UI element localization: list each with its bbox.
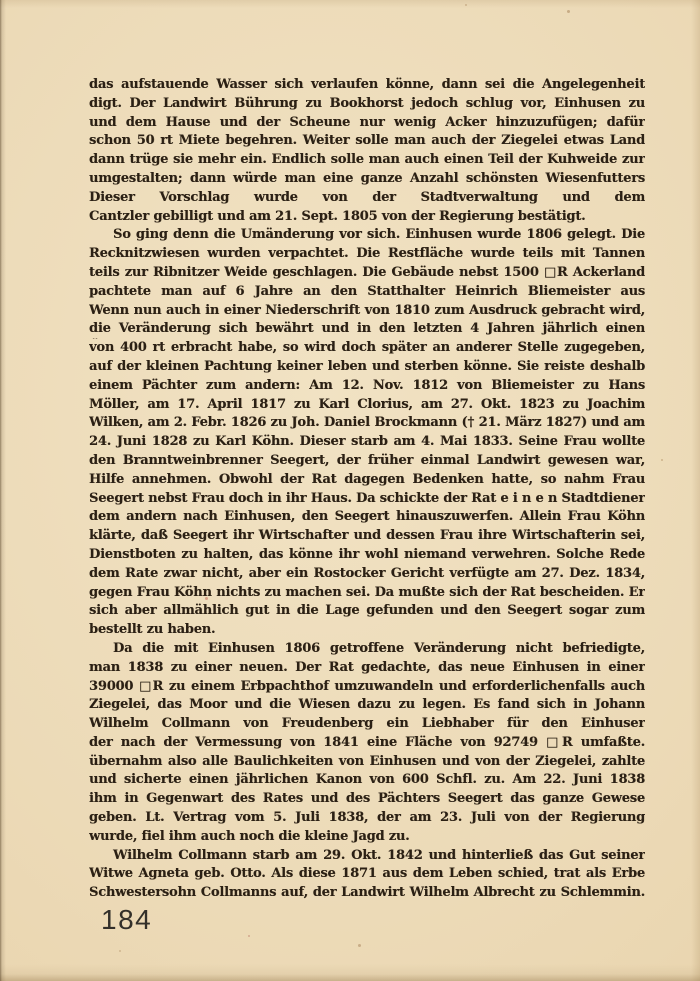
text-line: und dem Hause und der Scheune nur wenig … [89,114,645,133]
text-line: der nach der Vermessung von 1841 eine Fl… [89,734,645,753]
text-line: von 400 rt erbracht habe, so wird doch s… [89,339,645,358]
text-line: übernahm also alle Baulichkeiten von Ein… [89,753,645,772]
text-line: die Veränderung sich bewährt und in den … [89,320,645,339]
text-line: bestellt zu haben. [89,621,645,640]
text-line: ihm in Gegenwart des Rates und des Pächt… [89,790,645,809]
text-line: man 1838 zu einer neuen. Der Rat gedacht… [89,659,645,678]
text-line: das aufstauende Wasser sich verlaufen kö… [89,76,645,95]
text-line: pachtete man auf 6 Jahre an den Statthal… [89,283,645,302]
text-line: sich aber allmählich gut in die Lage gef… [89,602,645,621]
text-line: umgestalten; dann würde man eine ganze A… [89,170,645,189]
text-line: Dieser Vorschlag wurde von der Stadtverw… [89,189,645,208]
text-line: Cantzler gebilligt und am 21. Sept. 1805… [89,208,645,227]
text-line: geben. Lt. Vertrag vom 5. Juli 1838, der… [89,809,645,828]
text-line: dem andern nach Einhusen, den Seegert hi… [89,508,645,527]
text-line: teils zur Ribnitzer Weide geschlagen. Di… [89,264,645,283]
text-line: und sicherte einen jährlichen Kanon von … [89,771,645,790]
scanned-book-page: das aufstauende Wasser sich verlaufen kö… [0,0,700,981]
text-line: Dienstboten zu halten, das könne ihr woh… [89,546,645,565]
page-text: das aufstauende Wasser sich verlaufen kö… [89,76,645,903]
text-line: schon 50 rt Miete begehren. Weiter solle… [89,132,645,151]
text-line: Da die mit Einhusen 1806 getroffene Verä… [89,640,645,659]
text-line: einem Pächter zum andern: Am 12. Nov. 18… [89,377,645,396]
text-line: Ziegelei, das Moor und die Wiesen dazu z… [89,696,645,715]
text-line: So ging denn die Umänderung vor sich. Ei… [89,226,645,245]
text-line: den Branntweinbrenner Seegert, der frühe… [89,452,645,471]
text-line: wurde, fiel ihm auch noch die kleine Jag… [89,828,645,847]
paper-speck [661,459,663,461]
text-line: dann trüge sie mehr ein. Endlich solle m… [89,151,645,170]
text-line: digt. Der Landwirt Bührung zu Bookhorst … [89,95,645,114]
text-line: Wilhelm Collmann starb am 29. Okt. 1842 … [89,847,645,866]
text-line: Möller, am 17. April 1817 zu Karl Cloriu… [89,396,645,415]
text-line: auf der kleinen Pachtung keiner leben un… [89,358,645,377]
text-line: gegen Frau Köhn nichts zu machen sei. Da… [89,584,645,603]
page-number: 184 [101,906,152,934]
paper-speck [248,935,250,937]
text-line: Wilken, am 2. Febr. 1826 zu Joh. Daniel … [89,414,645,433]
paper-speck [358,944,361,947]
text-line: Witwe Agneta geb. Otto. Als diese 1871 a… [89,865,645,884]
text-line: klärte, daß Seegert ihr Wirtschafter und… [89,527,645,546]
text-line: Hilfe annehmen. Obwohl der Rat dagegen B… [89,471,645,490]
text-line: 39000 □R zu einem Erbpachthof umzuwandel… [89,678,645,697]
text-line: 24. Juni 1828 zu Karl Köhn. Dieser starb… [89,433,645,452]
text-line: Seegert nebst Frau doch in ihr Haus. Da … [89,490,645,509]
paper-speck [567,10,570,13]
text-line: Recknitzwiesen wurden verpachtet. Die Re… [89,245,645,264]
text-line: Wilhelm Collmann von Freudenberg ein Lie… [89,715,645,734]
text-line: Schwestersohn Collmanns auf, der Landwir… [89,884,645,903]
paper-speck [119,950,121,952]
paper-speck [465,4,467,6]
text-line: Wenn nun auch in einer Niederschrift von… [89,302,645,321]
text-line: dem Rate zwar nicht, aber ein Rostocker … [89,565,645,584]
